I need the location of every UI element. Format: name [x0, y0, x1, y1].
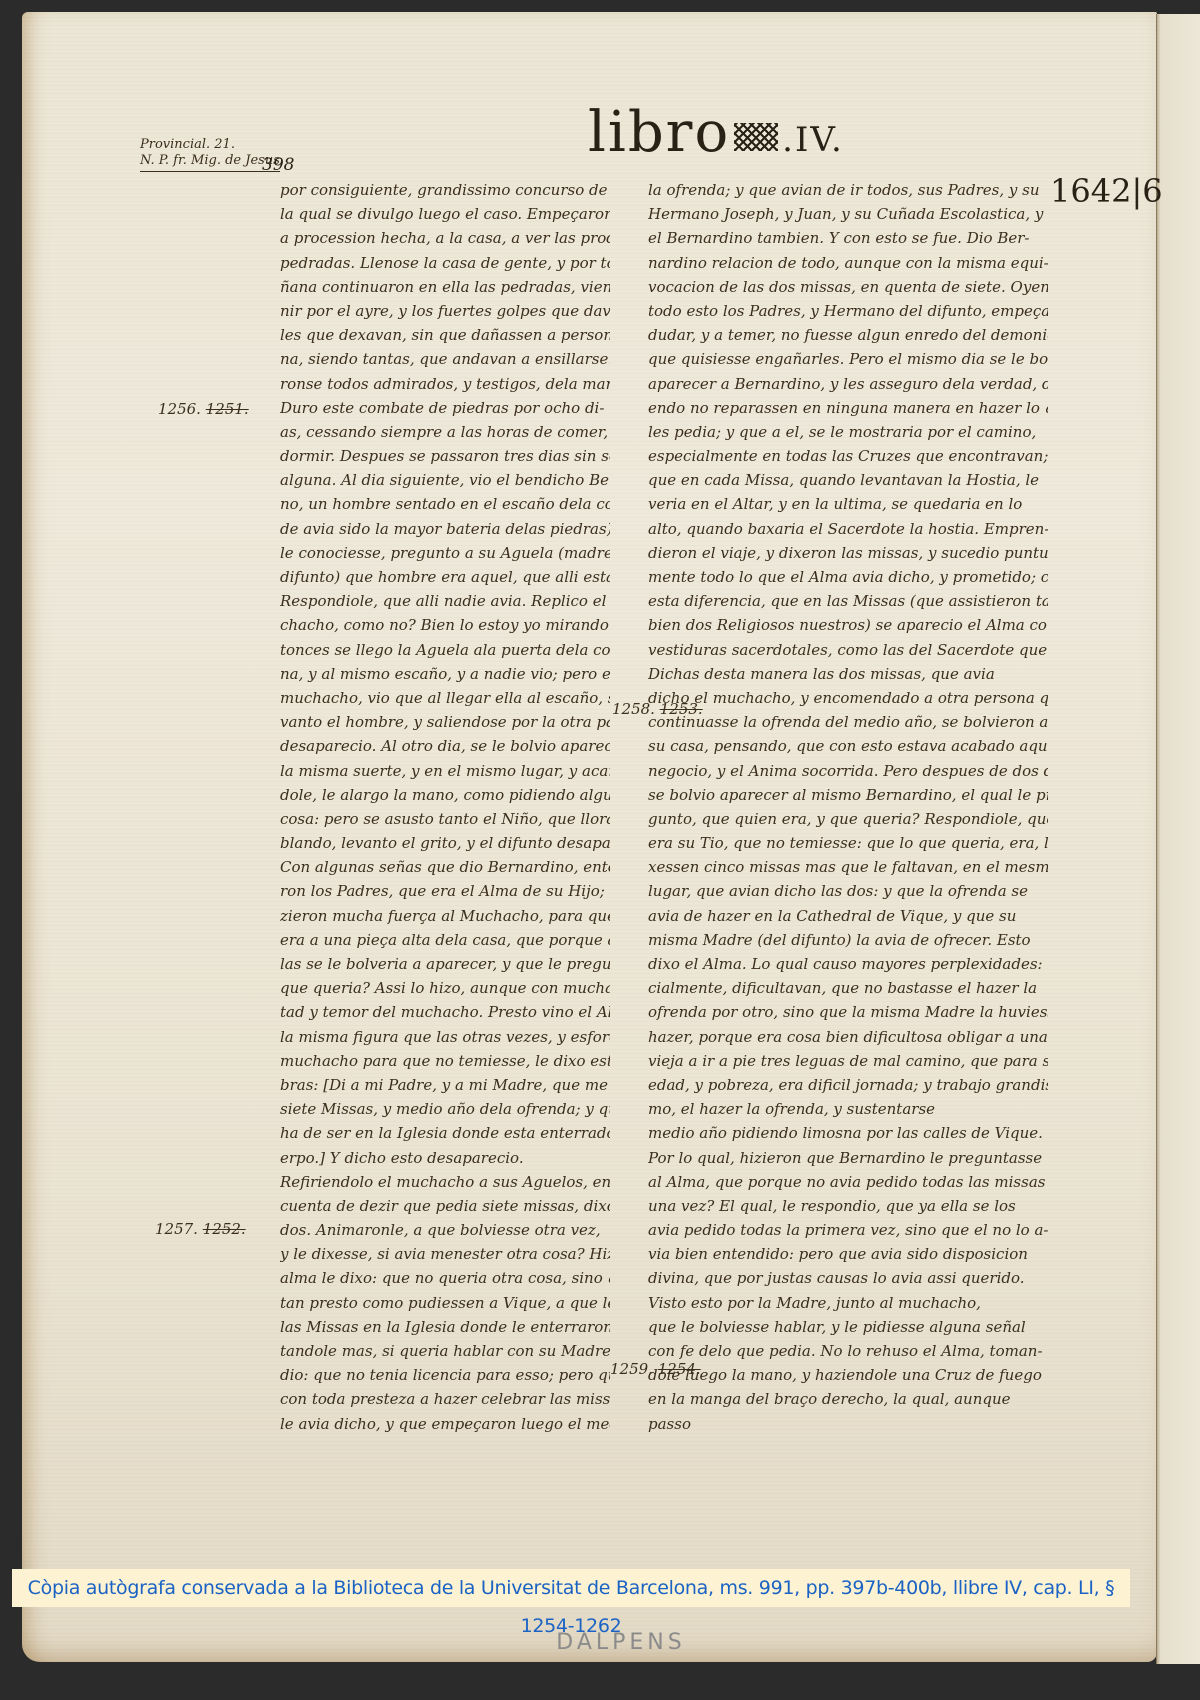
manuscript-line: muchacho para que no temiesse, le dixo e…: [280, 1049, 610, 1073]
manuscript-line: dio: que no tenia licencia para esso; pe…: [280, 1363, 610, 1387]
manuscript-line: dicho el muchacho, y encomendado a otra …: [648, 686, 1048, 710]
manuscript-line: las Missas en la Iglesia donde le enterr…: [280, 1315, 610, 1339]
manuscript-line: dudar, y a temer, no fuesse algun enredo…: [648, 323, 1048, 347]
manuscript-line: divina, que por justas causas lo avia as…: [648, 1266, 1048, 1290]
manuscript-line: Con algunas señas que dio Bernardino, en…: [280, 855, 610, 879]
right-column-text: la ofrenda; y que avian de ir todos, sus…: [648, 178, 1048, 1436]
manuscript-line: passo: [648, 1412, 1048, 1436]
manuscript-line: era su Tio, que no temiesse: que lo que …: [648, 831, 1048, 855]
manuscript-line: misma Madre (del difunto) la avia de ofr…: [648, 928, 1048, 952]
manuscript-line: la misma suerte, y en el mismo lugar, y …: [280, 759, 610, 783]
manuscript-line: le conociesse, pregunto a su Aguela (mad…: [280, 541, 610, 565]
source-caption: Còpia autògrafa conservada a la Bibliote…: [12, 1569, 1130, 1607]
manuscript-line: Hermano Joseph, y Juan, y su Cuñada Esco…: [648, 202, 1048, 226]
manuscript-line: cosa: pero se asusto tanto el Niño, que …: [280, 807, 610, 831]
manuscript-line: todo esto los Padres, y Hermano del difu…: [648, 299, 1048, 323]
manuscript-line: dixo el Alma. Lo qual causo mayores perp…: [648, 952, 1048, 976]
manuscript-line: bien dos Religiosos nuestros) se apareci…: [648, 613, 1048, 637]
manuscript-line: Visto esto por la Madre, junto al muchac…: [648, 1291, 1048, 1315]
manuscript-line: mente todo lo que el Alma avia dicho, y …: [648, 565, 1048, 589]
manuscript-line: chacho, como no? Bien lo estoy yo mirand…: [280, 613, 610, 637]
manuscript-line: esta diferencia, que en las Missas (que …: [648, 589, 1048, 613]
manuscript-line: difunto) que hombre era aquel, que alli …: [280, 565, 610, 589]
manuscript-line: con toda presteza a hazer celebrar las m…: [280, 1387, 610, 1411]
manuscript-line: con fe delo que pedia. No lo rehuso el A…: [648, 1339, 1048, 1363]
manuscript-line: las se le bolveria a aparecer, y que le …: [280, 952, 610, 976]
struck-numeral: [734, 123, 778, 151]
manuscript-line: Respondiole, que alli nadie avia. Replic…: [280, 589, 610, 613]
adjacent-page-edge: [1157, 14, 1200, 1664]
manuscript-line: dormir. Despues se passaron tres dias si…: [280, 444, 610, 468]
manuscript-line: xessen cinco missas mas que le faltavan,…: [648, 855, 1048, 879]
manuscript-line: al Alma, que porque no avia pedido todas…: [648, 1170, 1048, 1194]
manuscript-line: alma le dixo: que no queria otra cosa, s…: [280, 1266, 610, 1290]
manuscript-line: la misma figura que las otras vezes, y e…: [280, 1025, 610, 1049]
manuscript-line: edad, y pobreza, era dificil jornada; y …: [648, 1073, 1048, 1097]
manuscript-line: especialmente en todas las Cruzes que en…: [648, 444, 1048, 468]
manuscript-line: Por lo qual, hizieron que Bernardino le …: [648, 1146, 1048, 1170]
manuscript-line: el Bernardino tambien. Y con esto se fue…: [648, 226, 1048, 250]
manuscript-line: zieron mucha fuerça al Muchacho, para qu…: [280, 904, 610, 928]
manuscript-line: tandole mas, si queria hablar con su Mad…: [280, 1339, 610, 1363]
manuscript-line: continuasse la ofrenda del medio año, se…: [648, 710, 1048, 734]
manuscript-line: gunto, que quien era, y que queria? Resp…: [648, 807, 1048, 831]
manuscript-line: hazer, porque era cosa bien dificultosa …: [648, 1025, 1048, 1049]
manuscript-line: se bolvio aparecer al mismo Bernardino, …: [648, 783, 1048, 807]
manuscript-line: les pedia; y que a el, se le mostraria p…: [648, 420, 1048, 444]
manuscript-line: Duro este combate de piedras por ocho di…: [280, 396, 610, 420]
manuscript-line: les que dexavan, sin que dañassen a pers…: [280, 323, 610, 347]
manuscript-line: bras: [Di a mi Padre, y a mi Madre, que …: [280, 1073, 610, 1097]
margin-year: 1642|6: [1050, 172, 1163, 210]
manuscript-line: que quisiesse engañarles. Pero el mismo …: [648, 347, 1048, 371]
manuscript-line: era a una pieça alta dela casa, que porq…: [280, 928, 610, 952]
manuscript-line: vocacion de las dos missas, en quenta de…: [648, 275, 1048, 299]
manuscript-line: desaparecio. Al otro dia, se le bolvio a…: [280, 734, 610, 758]
paragraph-number: 1256. 1251.: [158, 400, 249, 418]
manuscript-line: en la manga del braço derecho, la qual, …: [648, 1387, 1048, 1411]
manuscript-line: no, un hombre sentado en el escaño dela …: [280, 492, 610, 516]
manuscript-line: as, cessando siempre a las horas de come…: [280, 420, 610, 444]
manuscript-line: na, siendo tantas, que andavan a ensilla…: [280, 347, 610, 371]
manuscript-line: y le dixesse, si avia menester otra cosa…: [280, 1242, 610, 1266]
title-correction: .IV.: [782, 120, 844, 160]
manuscript-line: Dichas desta manera las dos missas, que …: [648, 662, 1048, 686]
manuscript-line: pedradas. Llenose la casa de gente, y po…: [280, 251, 610, 275]
left-column-text: por consiguiente, grandissimo concurso d…: [280, 178, 610, 1436]
manuscript-line: ron los Padres, que era el Alma de su Hi…: [280, 879, 610, 903]
book-title: libro.IV.: [588, 100, 844, 165]
manuscript-line: tad y temor del muchacho. Presto vino el…: [280, 1000, 610, 1024]
manuscript-line: siete Missas, y medio año dela ofrenda; …: [280, 1097, 610, 1121]
manuscript-line: cialmente, dificultavan, que no bastasse…: [648, 976, 1048, 1000]
note-underline: [140, 171, 280, 172]
manuscript-line: una vez? El qual, le respondio, que ya e…: [648, 1194, 1048, 1218]
manuscript-line: que en cada Missa, quando levantavan la …: [648, 468, 1048, 492]
manuscript-line: a procession hecha, a la casa, a ver las…: [280, 226, 610, 250]
manuscript-line: na, y al mismo escaño, y a nadie vio; pe…: [280, 662, 610, 686]
manuscript-line: negocio, y el Anima socorrida. Pero desp…: [648, 759, 1048, 783]
manuscript-line: veria en el Altar, y en la ultima, se qu…: [648, 492, 1048, 516]
manuscript-line: medio año pidiendo limosna por las calle…: [648, 1121, 1048, 1145]
manuscript-line: tonces se llego la Aguela ala puerta del…: [280, 638, 610, 662]
manuscript-line: dole luego la mano, y haziendole una Cru…: [648, 1363, 1048, 1387]
manuscript-line: ofrenda por otro, sino que la misma Madr…: [648, 1000, 1048, 1024]
provincial-note-line: Provincial. 21.: [140, 137, 284, 153]
manuscript-line: ha de ser en la Iglesia donde esta enter…: [280, 1121, 610, 1145]
manuscript-line: nardino relacion de todo, aunque con la …: [648, 251, 1048, 275]
manuscript-line: endo no reparassen en ninguna manera en …: [648, 396, 1048, 420]
manuscript-line: vieja a ir a pie tres leguas de mal cami…: [648, 1049, 1048, 1073]
manuscript-line: lugar, que avian dicho las dos: y que la…: [648, 879, 1048, 903]
manuscript-line: Refiriendolo el muchacho a sus Aguelos, …: [280, 1170, 610, 1194]
manuscript-line: dos. Animaronle, a que bolviesse otra ve…: [280, 1218, 610, 1242]
manuscript-line: avia pedido todas la primera vez, sino q…: [648, 1218, 1048, 1242]
manuscript-line: la qual se divulgo luego el caso. Empeça…: [280, 202, 610, 226]
manuscript-line: avia de hazer en la Cathedral de Vique, …: [648, 904, 1048, 928]
manuscript-line: de avia sido la mayor bateria delas pied…: [280, 517, 610, 541]
manuscript-line: su casa, pensando, que con esto estava a…: [648, 734, 1048, 758]
manuscript-line: que le bolviesse hablar, y le pidiesse a…: [648, 1315, 1048, 1339]
manuscript-line: dieron el viaje, y dixeron las missas, y…: [648, 541, 1048, 565]
manuscript-line: por consiguiente, grandissimo concurso d…: [280, 178, 610, 202]
manuscript-line: le avia dicho, y que empeçaron luego el …: [280, 1412, 610, 1436]
manuscript-line: tan presto como pudiessen a Vique, a que…: [280, 1291, 610, 1315]
manuscript-line: erpo.] Y dicho esto desaparecio.: [280, 1146, 610, 1170]
manuscript-line: cuenta de dezir que pedia siete missas, …: [280, 1194, 610, 1218]
manuscript-line: dole, le alargo la mano, como pidiendo a…: [280, 783, 610, 807]
manuscript-line: ronse todos admirados, y testigos, dela …: [280, 372, 610, 396]
manuscript-line: que queria? Assi lo hizo, aunque con muc…: [280, 976, 610, 1000]
paragraph-number: 1257. 1252.: [155, 1220, 246, 1238]
page-number: 398: [262, 155, 294, 175]
manuscript-line: alguna. Al dia siguiente, vio el bendich…: [280, 468, 610, 492]
title-word: libro: [588, 100, 730, 165]
manuscript-line: blando, levanto el grito, y el difunto d…: [280, 831, 610, 855]
manuscript-line: nir por el ayre, y los fuertes golpes qu…: [280, 299, 610, 323]
manuscript-line: alto, quando baxaria el Sacerdote la hos…: [648, 517, 1048, 541]
manuscript-line: muchacho, vio que al llegar ella al esca…: [280, 686, 610, 710]
manuscript-line: ñana continuaron en ella las pedradas, v…: [280, 275, 610, 299]
manuscript-line: vanto el hombre, y saliendose por la otr…: [280, 710, 610, 734]
watermark-logo: DALPENS: [536, 1630, 706, 1655]
manuscript-line: vestiduras sacerdotales, como las del Sa…: [648, 638, 1048, 662]
manuscript-line: via bien entendido: pero que avia sido d…: [648, 1242, 1048, 1266]
manuscript-line: la ofrenda; y que avian de ir todos, sus…: [648, 178, 1048, 202]
manuscript-line: aparecer a Bernardino, y les asseguro de…: [648, 372, 1048, 396]
manuscript-line: mo, el hazer la ofrenda, y sustentarse: [648, 1097, 1048, 1121]
